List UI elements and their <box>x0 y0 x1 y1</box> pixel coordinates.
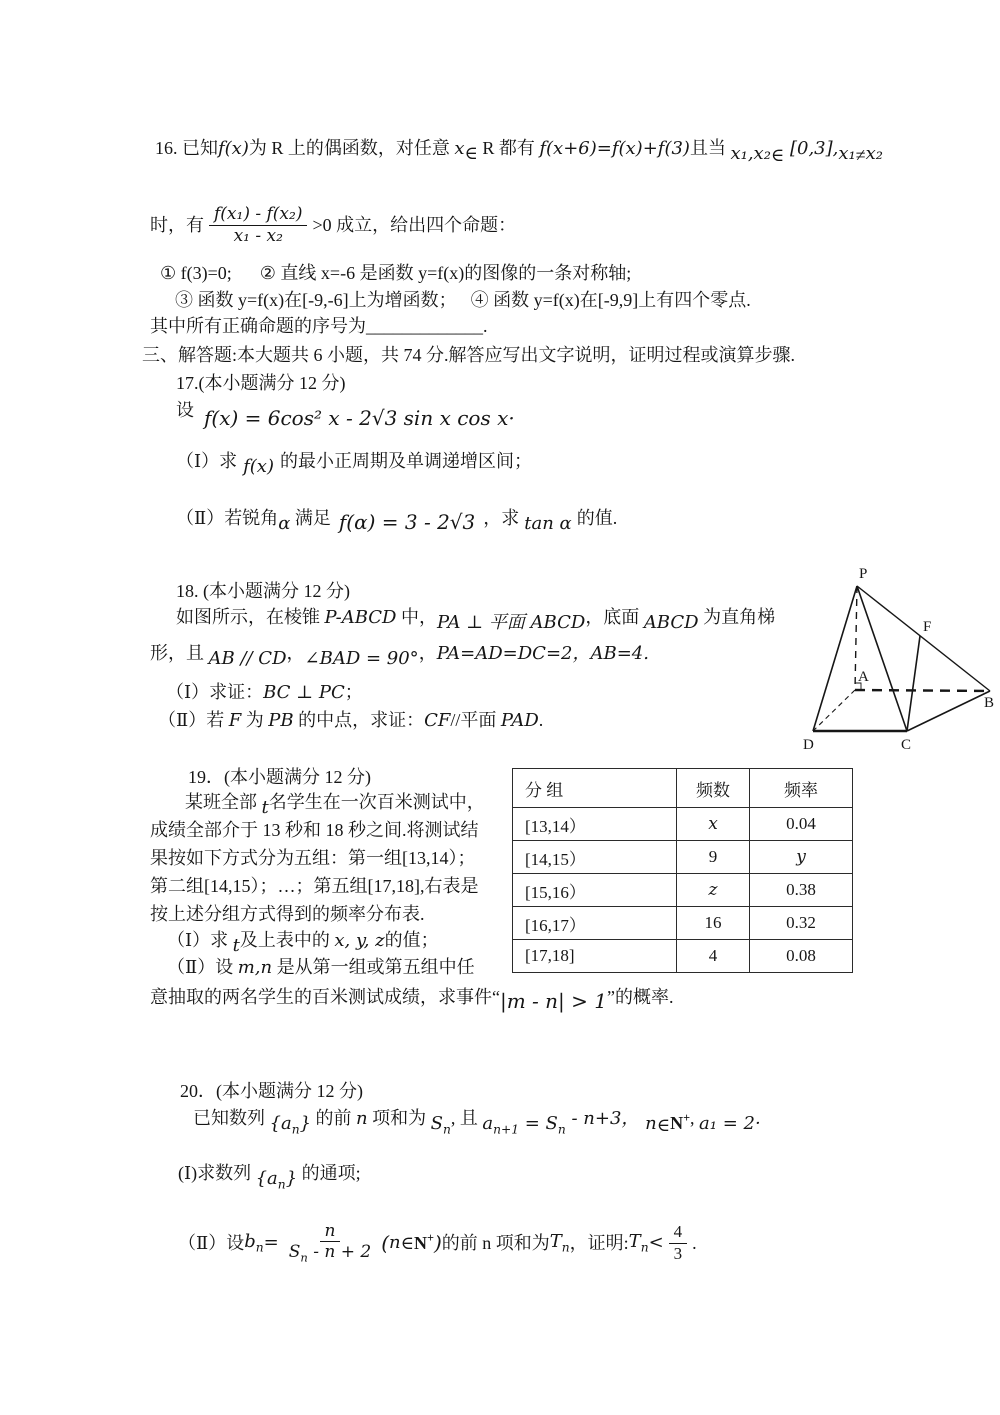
q18-line-2: 形，且 AB // CD，∠BAD = 90°，PA=AD=DC=2，AB=4. <box>150 642 649 666</box>
q19-text: ”的概率. <box>607 987 674 1007</box>
edge-ab-dashed <box>855 690 990 691</box>
q18-var-pb: PB <box>268 710 293 731</box>
q16-text: . <box>483 316 488 336</box>
q16-text: 为 R 上的偶函数，对任意 <box>249 138 455 158</box>
q20-text: , 且 <box>451 1108 483 1128</box>
header-frequency-rate: 频率 <box>750 769 853 808</box>
q16-fraction: f(x₁) - f(x₂)x₁ - x₂ <box>209 204 307 246</box>
q17-text: （Ⅰ）求 <box>176 451 237 471</box>
q20-var-n: n <box>645 1113 657 1134</box>
answer-blank: _____________ <box>366 316 483 336</box>
q20-fraction-bn: nSn - n + 2 <box>284 1221 376 1266</box>
q17-text: （Ⅱ）若锐角 <box>176 508 278 528</box>
b-sub-n: n <box>256 1240 264 1254</box>
seq-open: {a <box>256 1168 278 1189</box>
q20-text: 的前 n 项和为 <box>442 1232 550 1255</box>
q20-sequence: {an} <box>270 1113 312 1134</box>
q18-text: . <box>539 710 544 730</box>
q20-set-n: N+ <box>414 1231 434 1255</box>
n-plus-sup: + <box>427 1231 434 1245</box>
q20-text: 的通项; <box>297 1163 361 1183</box>
n-plus-base: N <box>414 1233 427 1253</box>
q19-line-2: 成绩全部介于 13 秒和 18 秒之间.将测试结 <box>150 819 479 842</box>
q19-heading: 19．(本小题满分 12 分) <box>188 766 371 789</box>
cell-count: 9 <box>677 841 750 874</box>
s-base: S <box>431 1113 443 1134</box>
b-base: b <box>244 1231 256 1252</box>
element-of-symbol: ∈ <box>401 1232 414 1255</box>
q16-text: 时，有 <box>150 214 204 237</box>
q18-text: 的中点，求证： <box>294 710 425 730</box>
q16-propositions-1: ① f(3)=0;② 直线 x=-6 是函数 y=f(x)的图像的一条对称轴; <box>160 262 631 285</box>
q20-part-2: （Ⅱ）设 bn = nSn - n + 2(n∈N+) 的前 n 项和为 Tn，… <box>178 1212 697 1274</box>
cell-rate: 0.04 <box>750 808 853 841</box>
q16-conclusion: 其中所有正确命题的序号为_____________. <box>150 315 488 338</box>
q18-text: 如图所示，在棱锥 <box>176 607 325 627</box>
cell-rate: 0.32 <box>750 907 853 940</box>
table-header-row: 分 组 频数 频率 <box>513 769 853 808</box>
n-plus-sup: + <box>683 1111 690 1125</box>
table-row: [17,18] 4 0.08 <box>513 940 853 973</box>
q19-line-1: 某班全部 t名学生在一次百米测试中， <box>185 791 485 815</box>
q18-formula-lengths: PA=AD=DC=2，AB=4. <box>437 643 649 664</box>
q18-line-1: 如图所示，在棱锥 P-ABCD 中，PA ⊥ 平面 ABCD，底面 ABCD 为… <box>176 606 775 630</box>
q17-formula-falpha: f(α) = 3 - 2√3 <box>339 510 475 534</box>
q20-text: （Ⅱ）设 <box>178 1232 244 1255</box>
element-of-symbol: ∈ <box>657 1115 670 1135</box>
q18-var-cf: CF <box>424 710 450 731</box>
q20-line-1: 已知数列 {an} 的前 n 项和为 Sn, 且 an+1 = Sn - n+3… <box>193 1106 761 1133</box>
cell-rate: 0.38 <box>750 874 853 907</box>
q17-function-line: 设f(x) = 6cos² x - 2√3 sin x cos x· <box>176 399 515 424</box>
q16-var-x12: x₁,x₂ <box>730 143 770 164</box>
q18-text: ； <box>345 682 363 702</box>
cell-count: 4 <box>677 940 750 973</box>
q17-part-1: （Ⅰ）求f(x)的最小正周期及单调递增区间； <box>176 450 532 474</box>
q20-text: 已知数列 <box>193 1108 270 1128</box>
frequency-table: 分 组 频数 频率 [13,14） x 0.04 [14,15） 9 y [15… <box>512 768 853 973</box>
less-than-sign: < <box>649 1232 664 1255</box>
equals-s: = S <box>519 1113 558 1134</box>
q16-number: 16. <box>155 138 178 158</box>
q19-line-3: 果按如下方式分为五组：第一组[13,14）； <box>150 847 476 870</box>
q16-text: 已知 <box>178 138 219 158</box>
q18-text: ， <box>287 643 305 663</box>
q18-text: 为直角梯 <box>699 607 776 627</box>
fraction-numerator: 4 <box>669 1222 688 1243</box>
q18-var: P-ABCD <box>325 607 397 628</box>
q16-line-2: 时，有f(x₁) - f(x₂)x₁ - x₂>0 成立，给出四个命题： <box>150 196 516 254</box>
q19-text: （Ⅰ）求 <box>167 930 233 950</box>
cell-count: x <box>677 808 750 841</box>
q20-sn: Sn <box>431 1113 451 1134</box>
q20-sequence: {an} <box>256 1168 298 1189</box>
seq-sub-n: n <box>278 1178 286 1192</box>
q19-part-2: （Ⅱ）设 m,n 是从第一组或第五组中任 <box>167 956 475 980</box>
q19-text: 意抽取的两名学生的百米测试成绩，求事件“ <box>150 987 500 1007</box>
q20-an1: an+1 <box>482 1113 519 1134</box>
q18-text: //平面 <box>450 710 501 730</box>
cell-group: [17,18] <box>513 940 677 973</box>
q16-item-2: ② 直线 x=-6 是函数 y=f(x)的图像的一条对称轴; <box>260 263 631 283</box>
equals-sign: = <box>264 1232 279 1255</box>
cell-count: z <box>677 874 750 907</box>
paren-close: ) <box>434 1231 442 1256</box>
q18-text: （Ⅰ）求证： <box>166 682 263 702</box>
q16-text: >0 成立，给出四个命题： <box>312 214 516 237</box>
q18-text: （Ⅱ）若 <box>158 710 229 730</box>
q19-text: 名学生在一次百米测试中， <box>269 792 485 812</box>
q19-text: （Ⅱ）设 <box>167 957 238 977</box>
q20-text: ，证明: <box>570 1232 629 1255</box>
q16-text: R 都有 <box>478 138 540 158</box>
edge-pb <box>857 586 990 691</box>
table-row: [13,14） x 0.04 <box>513 808 853 841</box>
q20-a1: a₁ = 2· <box>699 1113 761 1134</box>
exam-page: 16. 已知f(x)为 R 上的偶函数，对任意 x∈ R 都有 f(x+6)=f… <box>0 0 1000 1415</box>
table-row: [14,15） 9 y <box>513 841 853 874</box>
q20-var-n: n <box>389 1232 401 1255</box>
q16-formula-feq: f(x+6)=f(x)+f(3) <box>539 138 690 159</box>
q18-var: ABCD <box>644 612 699 633</box>
fraction-numerator: f(x₁) - f(x₂) <box>209 204 307 225</box>
element-of-symbol: ∈ <box>771 145 784 165</box>
vertex-label-p: P <box>859 566 867 582</box>
q18-text: 中， <box>396 607 437 627</box>
a-sub-n1: n+1 <box>493 1123 519 1137</box>
vertex-label-d: D <box>803 737 814 753</box>
s-sub-n: n <box>300 1250 307 1264</box>
q19-var-t: t <box>262 797 269 818</box>
cell-count: 16 <box>677 907 750 940</box>
vertex-label-b: B <box>984 695 994 711</box>
q19-text: 及上表中的 <box>240 930 335 950</box>
q17-formula: f(x) = 6cos² x - 2√3 sin x cos x· <box>204 406 515 431</box>
seq-close: } <box>300 1113 311 1134</box>
q20-text: 的前 <box>311 1108 356 1128</box>
q20-text: , <box>690 1108 699 1128</box>
q17-heading: 17.(本小题满分 12 分) <box>176 372 346 395</box>
vertex-label-a: A <box>858 669 869 685</box>
edge-pa-dashed <box>855 586 857 690</box>
q20-text: 项和为 <box>368 1108 431 1128</box>
t-base: T <box>629 1231 641 1252</box>
q18-part-1: （Ⅰ）求证：BC ⊥ PC； <box>166 681 363 705</box>
q20-tn: Tn <box>550 1231 570 1256</box>
edge-cb <box>907 691 990 731</box>
q20-fraction-43: 43 <box>669 1222 688 1264</box>
q17-text: 的最小正周期及单调递增区间； <box>280 451 532 471</box>
section-3-heading: 三、解答题:本大题共 6 小题，共 74 分.解答应写出文字说明，证明过程或演算… <box>142 344 795 367</box>
q16-text: 且当 <box>690 138 731 158</box>
q20-heading: 20．(本小题满分 12 分) <box>180 1080 363 1103</box>
header-frequency-count: 频数 <box>677 769 750 808</box>
cell-rate: 0.08 <box>750 940 853 973</box>
q19-line-4: 第二组[14,15）；…；第五组[17,18],右表是 <box>150 875 478 898</box>
q16-formula-fx: f(x) <box>218 138 249 159</box>
q19-text: 的值； <box>385 930 439 950</box>
q18-text: 形，且 <box>150 643 209 663</box>
q16-range: [0,3], <box>784 138 838 159</box>
q17-text: 设 <box>176 399 194 422</box>
q16-item-3: ③ 函数 y=f(x)在[-9,-6]上为增函数； <box>175 290 457 310</box>
not-equal-symbol: ≠ <box>856 145 866 165</box>
n-plus-base: N <box>670 1113 683 1133</box>
q19-part-1: （Ⅰ）求 t及上表中的 x, y, z的值； <box>167 929 439 953</box>
q18-formula-pa: PA ⊥ 平面 ABCD <box>437 612 585 633</box>
fraction-numerator: n <box>320 1221 341 1242</box>
q19-text: 某班全部 <box>185 792 262 812</box>
q19-event-formula: |m - n| > 1 <box>500 989 607 1013</box>
q19-var-t: t <box>233 935 240 956</box>
q16-item-4: ④ 函数 y=f(x)在[-9,9]上有四个零点. <box>471 290 751 310</box>
seq-open: {a <box>270 1113 292 1134</box>
q20-var-n: n <box>356 1108 368 1129</box>
element-of-symbol: ∈ <box>465 143 478 163</box>
fraction-denominator: 3 <box>669 1244 688 1264</box>
q19-vars-mn: m,n <box>238 957 272 978</box>
a-base: a <box>482 1113 493 1134</box>
q20-bn: bn <box>244 1231 263 1256</box>
q20-text: . <box>692 1232 697 1255</box>
cell-group: [15,16） <box>513 874 677 907</box>
table-row: [16,17） 16 0.32 <box>513 907 853 940</box>
q18-part-2: （Ⅱ）若 F 为 PB 的中点，求证：CF//平面 PAD. <box>158 709 543 733</box>
q16-var-x1: x₁ <box>838 143 855 164</box>
t-sub-n: n <box>562 1240 570 1254</box>
q20-minus-n3: - n+3， <box>566 1108 645 1129</box>
seq-close: } <box>286 1168 297 1189</box>
pyramid-diagram: P F A B C D <box>790 555 1000 755</box>
q16-propositions-2: ③ 函数 y=f(x)在[-9,-6]上为增函数；④ 函数 y=f(x)在[-9… <box>175 289 751 312</box>
q18-heading: 18. (本小题满分 12 分) <box>176 580 350 603</box>
q19-line-5: 按上述分组方式得到的频率分布表. <box>150 903 425 926</box>
vertex-label-c: C <box>901 737 911 753</box>
q18-formula-bcpc: BC ⊥ PC <box>263 682 345 703</box>
cell-group: [14,15） <box>513 841 677 874</box>
header-group: 分 组 <box>513 769 677 808</box>
q20-tn: Tn <box>629 1231 649 1256</box>
q17-text: 的值. <box>577 508 618 528</box>
vertex-label-f: F <box>923 619 931 635</box>
t-sub-n: n <box>641 1240 649 1254</box>
q16-line-1: 16. 已知f(x)为 R 上的偶函数，对任意 x∈ R 都有 f(x+6)=f… <box>155 137 883 161</box>
edge-fc <box>907 636 920 731</box>
q17-formula-fx: f(x) <box>243 456 274 477</box>
q19-text: 是从第一组或第五组中任 <box>272 957 475 977</box>
cell-group: [16,17） <box>513 907 677 940</box>
q18-text: ， <box>419 643 437 663</box>
q18-formula-parallel: AB // CD <box>209 648 287 669</box>
q19-vars-xyz: x, y, z <box>334 930 384 951</box>
paren-open: ( <box>381 1231 389 1256</box>
q17-part-2: （Ⅱ）若锐角α 满足f(α) = 3 - 2√3，求tan α的值. <box>176 505 617 531</box>
q17-text: 满足 <box>290 508 331 528</box>
q16-text: 其中所有正确命题的序号为 <box>150 316 366 336</box>
table-row: [15,16） z 0.38 <box>513 874 853 907</box>
q18-text: ，底面 <box>585 607 644 627</box>
cell-group: [13,14） <box>513 808 677 841</box>
s-sub-n: n <box>558 1123 566 1137</box>
q18-formula-angle: ∠BAD = 90° <box>305 648 419 669</box>
q18-var-f: F <box>229 710 242 731</box>
den-rest: - n + 2 <box>308 1242 371 1262</box>
q16-var-x2: x₂ <box>866 143 883 164</box>
seq-sub-n: n <box>292 1123 300 1137</box>
t-base: T <box>550 1231 562 1252</box>
cell-rate: y <box>750 841 853 874</box>
fraction-denominator: x₁ - x₂ <box>229 226 288 246</box>
fraction-denominator: Sn - n + 2 <box>284 1242 376 1265</box>
q16-item-1: ① f(3)=0; <box>160 263 232 283</box>
q19-line-8: 意抽取的两名学生的百米测试成绩，求事件“|m - n| > 1”的概率. <box>150 984 674 1009</box>
q18-text: 为 <box>241 710 268 730</box>
q20-part-1: (Ⅰ)求数列 {an} 的通项; <box>178 1162 361 1188</box>
edge-pc <box>857 586 907 731</box>
q17-text: ，求 <box>483 508 519 528</box>
s-sub-n: n <box>443 1123 451 1137</box>
q17-formula-tan: tan α <box>524 513 571 534</box>
q20-text: (Ⅰ)求数列 <box>178 1163 256 1183</box>
q20-eq-sn: = Sn <box>519 1113 566 1134</box>
q17-var-alpha: α <box>278 513 290 534</box>
s-base: S <box>289 1242 301 1262</box>
q18-var-pad: PAD <box>501 710 539 731</box>
q20-set-n: N+ <box>670 1113 690 1133</box>
q16-var-x: x <box>454 138 464 159</box>
